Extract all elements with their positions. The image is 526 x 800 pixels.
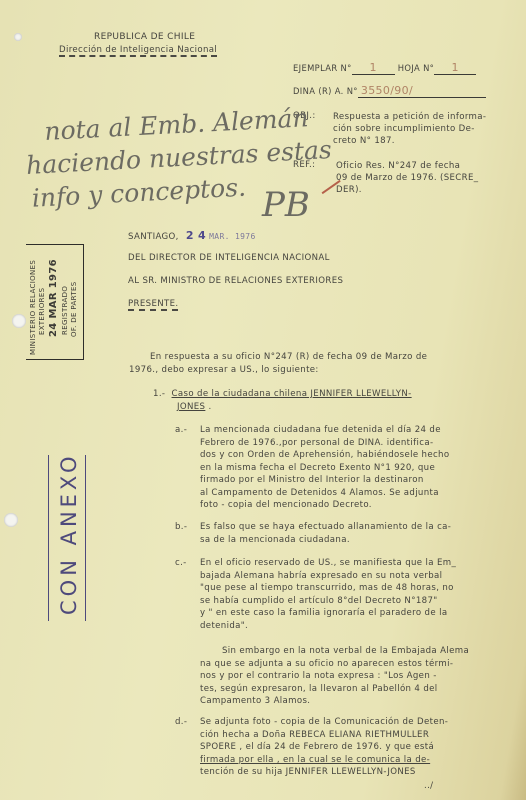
hoja-value: 1 bbox=[452, 61, 459, 74]
obj-text: Respuesta a petición de informa- ción so… bbox=[333, 111, 486, 147]
punch-hole-bottom bbox=[4, 513, 18, 527]
received-stamp-partes: OF. DE PARTES bbox=[70, 259, 79, 355]
section-1-heading: 1.- Caso de la ciudadana chilena JENNIFE… bbox=[153, 388, 412, 414]
section-1-title-b: JONES bbox=[177, 402, 205, 412]
received-stamp-ministry: MINISTERIO RELACIONES bbox=[29, 259, 38, 355]
body-intro: En respuesta a su oficio N°247 (R) de fe… bbox=[129, 351, 427, 377]
from-line: DEL DIRECTOR DE INTELIGENCIA NACIONAL bbox=[128, 253, 330, 263]
dateline-city: SANTIAGO, bbox=[128, 232, 179, 242]
item-a-marker: a.- bbox=[175, 424, 187, 437]
ejemplar-row: EJEMPLAR N°1 HOJA N°1 bbox=[293, 61, 476, 75]
item-d-marker: d.- bbox=[175, 716, 187, 729]
item-a: a.- La mencionada ciudadana fue detenida… bbox=[175, 424, 449, 512]
punch-hole-middle bbox=[12, 314, 26, 328]
to-line: AL SR. MINISTRO DE RELACIONES EXTERIORES bbox=[128, 276, 343, 286]
item-b: b.- Es falso que se haya efectuado allan… bbox=[175, 521, 451, 546]
received-stamp-date: 24 MAR 1976 bbox=[47, 259, 61, 355]
ejemplar-label: EJEMPLAR N° bbox=[293, 63, 352, 73]
punch-hole-top bbox=[14, 33, 22, 41]
received-stamp: MINISTERIO RELACIONES EXTERIORES 24 MAR … bbox=[26, 244, 84, 360]
dina-row: DINA (R) A. N°3550/90/ bbox=[293, 84, 486, 98]
received-stamp-exteriores: EXTERIORES bbox=[38, 259, 47, 355]
item-b-marker: b.- bbox=[175, 521, 187, 534]
section-1-number: 1.- bbox=[153, 389, 165, 399]
header-agency: Dirección de Inteligencia Nacional bbox=[59, 45, 217, 57]
dina-value: 3550/90/ bbox=[358, 84, 413, 97]
section-1-title-a: Caso de la ciudadana chilena JENNIFER LL… bbox=[172, 389, 412, 399]
ejemplar-value: 1 bbox=[370, 61, 377, 74]
dina-label: DINA (R) A. N° bbox=[293, 86, 358, 96]
item-c: c.- En el oficio reservado de US., se ma… bbox=[175, 557, 456, 632]
page-continues-mark: ../ bbox=[424, 781, 433, 791]
dateline: SANTIAGO, 2 4 MAR. 1976 bbox=[128, 229, 256, 242]
con-anexo-stamp: CON ANEXO bbox=[48, 455, 86, 621]
date-stamp-day: 2 4 bbox=[186, 229, 206, 242]
item-c-continuation: Sin embargo en la nota verbal de la Emba… bbox=[200, 645, 469, 708]
hoja-label: HOJA N° bbox=[398, 63, 435, 73]
ref-text: Oficio Res. N°247 de fecha 09 de Marzo d… bbox=[336, 160, 478, 196]
handwritten-initials: PB bbox=[262, 185, 310, 225]
presente-line: PRESENTE. bbox=[128, 299, 178, 311]
item-d: d.- Se adjunta foto - copia de la Comuni… bbox=[175, 716, 448, 779]
item-c-marker: c.- bbox=[175, 557, 187, 570]
con-anexo-text: CON ANEXO bbox=[57, 453, 81, 616]
received-stamp-registrado: REGISTRADO bbox=[61, 259, 70, 355]
header-country: REPUBLICA DE CHILE bbox=[94, 32, 195, 42]
date-stamp-month-year: MAR. 1976 bbox=[209, 232, 256, 241]
